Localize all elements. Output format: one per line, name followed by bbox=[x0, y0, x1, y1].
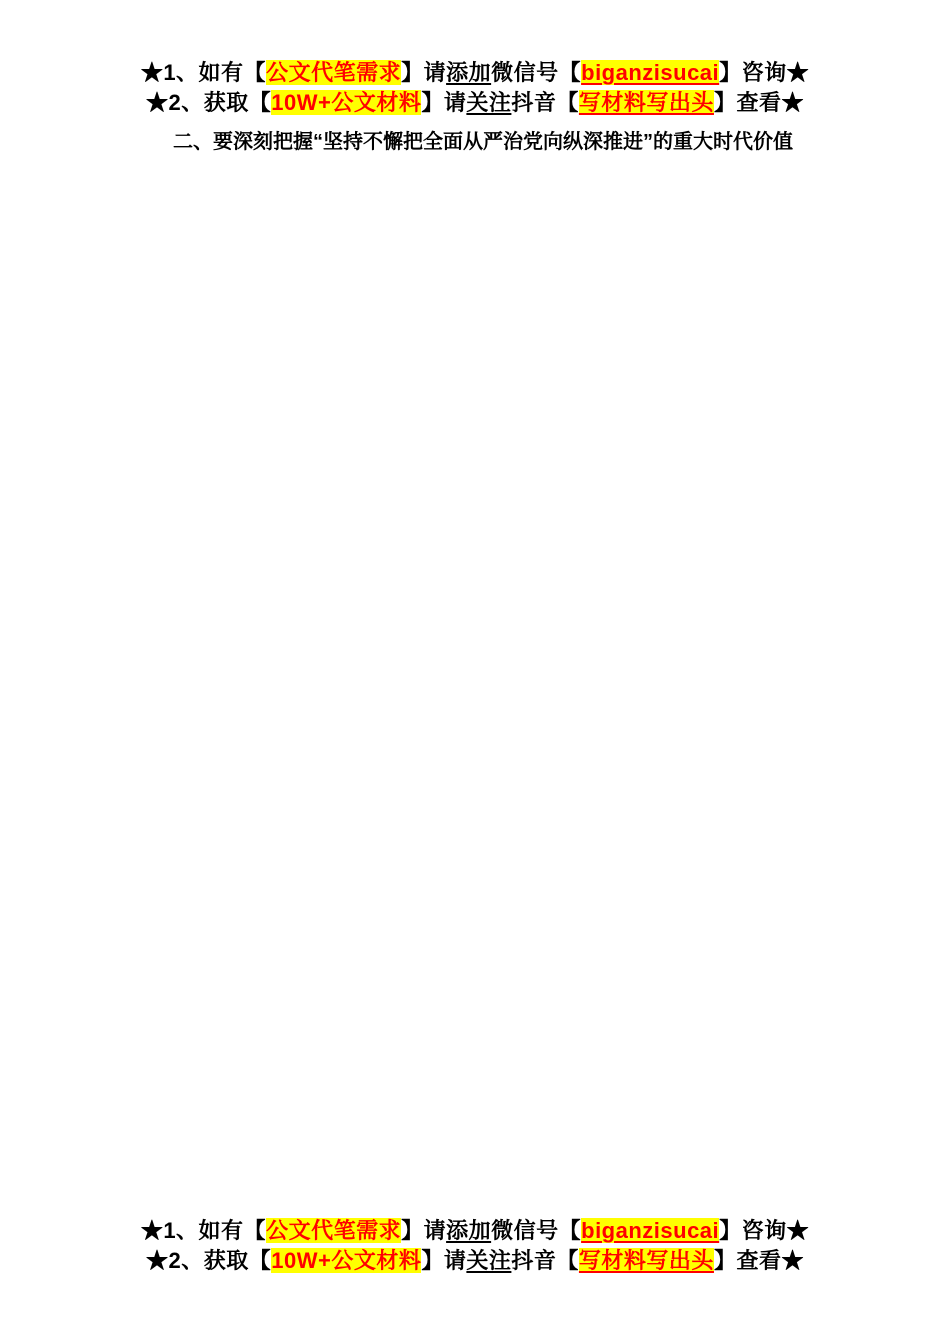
promo-text: 微信号【 bbox=[491, 60, 581, 85]
promo-text: 】咨询★ bbox=[719, 60, 809, 85]
promo-highlighted-text: 10W+公文材料 bbox=[271, 90, 421, 115]
promo-highlighted-text: biganzisucai bbox=[581, 60, 719, 85]
promo-underlined-text: 添加 bbox=[446, 60, 491, 85]
promo-header: ★1、如有【公文代笔需求】请添加微信号【biganzisucai】咨询★★2、获… bbox=[0, 58, 950, 118]
promo-text: 】请 bbox=[401, 1218, 446, 1243]
promo-highlighted-text: 写材料写出头 bbox=[579, 90, 714, 115]
promo-text: 】请 bbox=[421, 90, 466, 115]
document-page: { "page": { "background": "#ffffff", "bo… bbox=[0, 0, 950, 1344]
promo-text: 】查看★ bbox=[714, 90, 804, 115]
promo-highlighted-text: 10W+公文材料 bbox=[271, 1248, 421, 1273]
promo-highlighted-text: biganzisucai bbox=[581, 1218, 719, 1243]
promo-text: 抖音【 bbox=[511, 1248, 579, 1273]
promo-text: 】请 bbox=[401, 60, 446, 85]
promo-header-line-1: ★1、如有【公文代笔需求】请添加微信号【biganzisucai】咨询★ bbox=[0, 58, 950, 88]
promo-text: 】查看★ bbox=[714, 1248, 804, 1273]
promo-highlighted-text: 公文代笔需求 bbox=[266, 60, 401, 85]
promo-text: ★2、获取【 bbox=[146, 1248, 271, 1273]
promo-underlined-text: 关注 bbox=[466, 90, 511, 115]
promo-text: 微信号【 bbox=[491, 1218, 581, 1243]
promo-text: 】咨询★ bbox=[719, 1218, 809, 1243]
promo-text: ★1、如有【 bbox=[141, 1218, 266, 1243]
promo-text: ★1、如有【 bbox=[141, 60, 266, 85]
promo-underlined-text: 添加 bbox=[446, 1218, 491, 1243]
promo-text: 抖音【 bbox=[511, 90, 579, 115]
promo-text: ★2、获取【 bbox=[146, 90, 271, 115]
promo-header-line-2: ★2、获取【10W+公文材料】请关注抖音【写材料写出头】查看★ bbox=[0, 88, 950, 118]
promo-highlighted-text: 写材料写出头 bbox=[579, 1248, 714, 1273]
promo-footer-line-2: ★2、获取【10W+公文材料】请关注抖音【写材料写出头】查看★ bbox=[0, 1246, 950, 1276]
section-heading: 二、要深刻把握“坚持不懈把全面从严治党向纵深推进”的重大时代价值 bbox=[143, 129, 823, 155]
promo-text: 】请 bbox=[421, 1248, 466, 1273]
promo-underlined-text: 关注 bbox=[466, 1248, 511, 1273]
promo-highlighted-text: 公文代笔需求 bbox=[266, 1218, 401, 1243]
promo-footer-line-1: ★1、如有【公文代笔需求】请添加微信号【biganzisucai】咨询★ bbox=[0, 1216, 950, 1246]
promo-footer: ★1、如有【公文代笔需求】请添加微信号【biganzisucai】咨询★★2、获… bbox=[0, 1216, 950, 1276]
document-body: 二、要深刻把握“坚持不懈把全面从严治党向纵深推进”的重大时代价值 bbox=[143, 118, 823, 166]
